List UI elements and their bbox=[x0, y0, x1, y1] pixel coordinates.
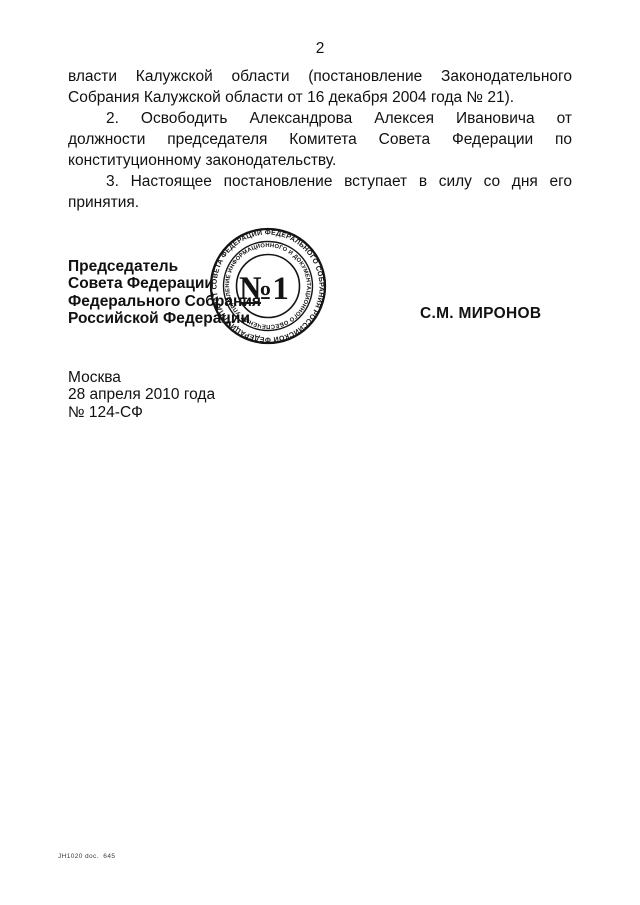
body-text-line: принятия. bbox=[68, 192, 572, 213]
issue-city: Москва bbox=[68, 369, 215, 386]
body-text-line: Собрания Калужской области от 16 декабря… bbox=[68, 87, 572, 108]
stamp-number: №1 bbox=[239, 271, 289, 307]
document-number: № 124-СФ bbox=[68, 404, 215, 421]
page-number: 2 bbox=[68, 40, 572, 58]
issue-date: 28 апреля 2010 года bbox=[68, 386, 215, 403]
footer-print-code: JH1020 doc. 645 bbox=[58, 853, 115, 860]
stamp-inner-text: УПРАВЛЕНИЕ ИНФОРМАЦИОННОГО И ДОКУМЕНТАЦИ… bbox=[193, 211, 311, 329]
official-stamp: АППАРАТ СОВЕТА ФЕДЕРАЦИИ ФЕДЕРАЛЬНОГО СО… bbox=[193, 211, 343, 361]
body-text-line: 3. Настоящее постановление вступает в си… bbox=[68, 171, 572, 192]
body-text-line: 2. Освободить Александрова Алексея Ивано… bbox=[68, 108, 572, 129]
svg-text:УПРАВЛЕНИЕ ИНФОРМАЦИОННОГО И Д: УПРАВЛЕНИЕ ИНФОРМАЦИОННОГО И ДОКУМЕНТАЦИ… bbox=[193, 211, 311, 329]
signer-name: С.М. МИРОНОВ bbox=[420, 305, 541, 323]
body-text: власти Калужской области (постановление … bbox=[68, 66, 572, 213]
stamp-seal-graphic: АППАРАТ СОВЕТА ФЕДЕРАЦИИ ФЕДЕРАЛЬНОГО СО… bbox=[193, 211, 343, 361]
document-page: 2 власти Калужской области (постановлени… bbox=[0, 0, 640, 905]
body-text-line: власти Калужской области (постановление … bbox=[68, 66, 572, 87]
issue-block: Москва 28 апреля 2010 года № 124-СФ bbox=[68, 369, 215, 421]
body-text-line: конституционному законодательству. bbox=[68, 150, 572, 171]
body-text-line: должности председателя Комитета Совета Ф… bbox=[68, 129, 572, 150]
